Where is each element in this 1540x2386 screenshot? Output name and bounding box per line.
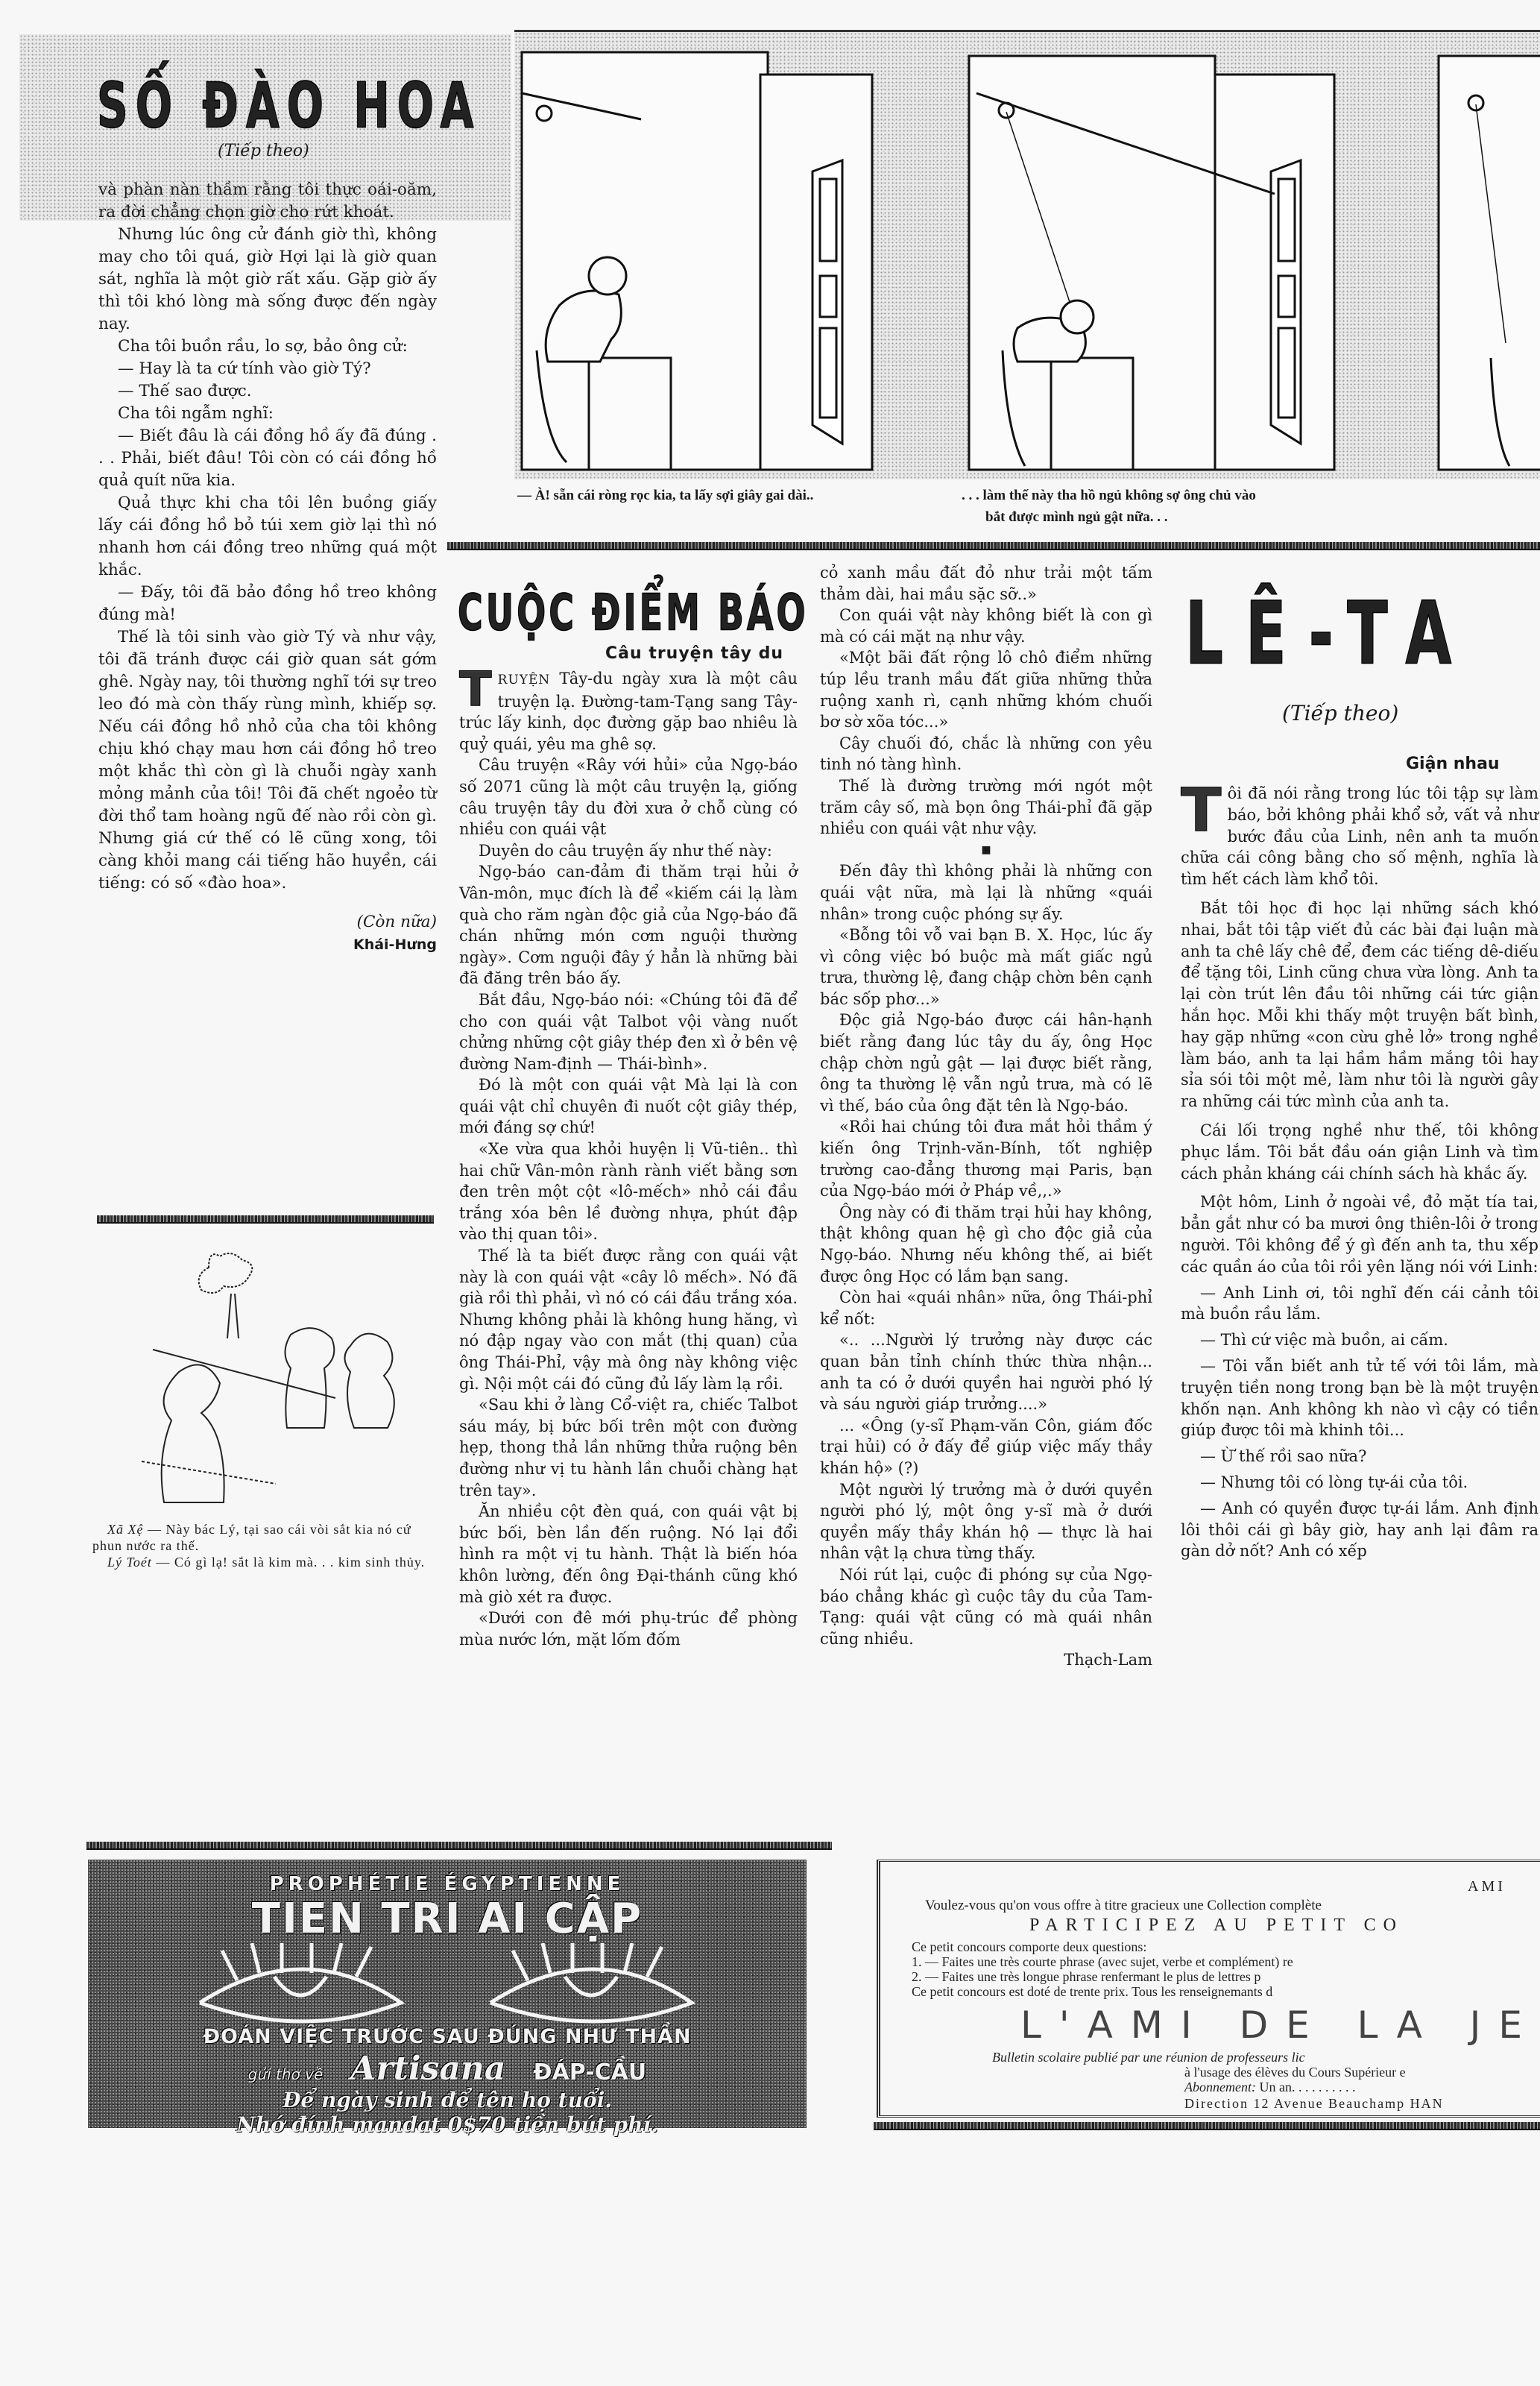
article-paragraph: Nói rút lại, cuộc đi phóng sự của Ngọ-bá…	[820, 1564, 1152, 1649]
ad-usage: à l'usage des élèves du Cours Supérieur …	[1184, 2065, 1406, 2080]
article-paragraph: ôi đã nói rằng trong lúc tôi tập sự làm …	[1181, 784, 1539, 888]
article-paragraph: «Xe vừa qua khỏi huyện lị Vũ-tiên.. thì …	[459, 1139, 798, 1245]
le-ta-title: LÊ-TA	[1185, 583, 1474, 684]
author-byline: Khái-Hưng	[98, 934, 437, 956]
section-divider	[86, 1842, 832, 1850]
cuoc-diem-bao-title: CUỘC ĐIỂM BÁO	[458, 583, 809, 641]
ad-question-1: 1. — Faites une très courte phrase (avec…	[912, 1954, 1293, 1970]
ad-location: ĐÁP-CẦU	[533, 2059, 646, 2086]
le-ta-article: Tôi đã nói rằng trong lúc tôi tập sự làm…	[1181, 783, 1539, 1562]
article-paragraph: Còn hai «quái nhân» nữa, ông Thái-phỉ kể…	[820, 1287, 1152, 1329]
article-paragraph: cỏ xanh mầu đất đỏ như trải một tấm thảm…	[820, 562, 1152, 605]
article-paragraph: — Nhưng tôi có lòng tự-ái của tôi.	[1181, 1472, 1539, 1493]
article-paragraph: Thế là ta biết được rằng con quái vật nà…	[459, 1245, 798, 1394]
article-paragraph: Bắt đầu, Ngọ-báo nói: «Chúng tôi đã để c…	[459, 989, 798, 1074]
article-paragraph: Con quái vật này không biết là con gì mà…	[820, 605, 1152, 647]
article-paragraph: Một hôm, Linh ở ngoài về, đỏ mặt tía tai…	[1181, 1192, 1539, 1277]
article-paragraph: Ông này có đi thăm trại hủi hay không, t…	[820, 1202, 1152, 1287]
ad-line-doan-viec: ĐOÁN VIỆC TRƯỚC SAU ĐÚNG NHƯ THẦN	[88, 2025, 807, 2048]
section-divider	[874, 2122, 1540, 2130]
speaker-name: Lý Toét	[107, 1555, 152, 1570]
article-paragraph: Độc giả Ngọ-báo được cái hân-hạnh biết r…	[820, 1010, 1152, 1116]
ad-brand-artisana: Artisana	[350, 2050, 505, 2088]
article-paragraph: ... «Ông (y-sĩ Phạm-văn Côn, giám đốc tr…	[820, 1415, 1152, 1479]
lead-word: RUYỆN	[498, 673, 551, 687]
ad-line-tien-tri: TIEN TRI AI CẬP	[88, 1895, 807, 1943]
article-paragraph: Cây chuối đó, chắc là những con yêu tinh…	[820, 733, 1152, 775]
cartoon-caption-right-1: . . . làm thế này tha hồ ngủ không sợ ôn…	[962, 488, 1256, 504]
ad-abonnement: Abonnement: Un an. . . . . . . . . .	[1184, 2080, 1355, 2095]
article-paragraph: và phàn nàn thầm rằng tôi thực oái-oăm, …	[98, 179, 437, 224]
article-paragraph: «Rồi hai chúng tôi đưa mắt hỏi thầm ý ki…	[820, 1116, 1152, 1201]
article-paragraph: — Anh có quyền được tự-ái lắm. Anh định …	[1181, 1498, 1539, 1562]
ad-prizes: Ce petit concours est doté de trente pri…	[912, 1984, 1272, 2000]
dropcap-letter: T	[459, 670, 492, 710]
so-dao-hoa-title: SỐ ĐÀO HOA	[97, 69, 481, 142]
article-paragraph: — Tôi vẫn biết anh tử tế với tôi lắm, mà…	[1181, 1356, 1539, 1441]
article-paragraph: Câu truyện «Rây với hủi» của Ngọ-báo số …	[459, 755, 798, 840]
cuoc-diem-bao-subtitle: Câu truyện tây du	[605, 644, 783, 663]
ly-toet-cartoon-caption: Xã Xệ — Này bác Lý, tại sao cái vòi sắt …	[92, 1521, 435, 1570]
section-break-marker: ■	[820, 840, 1152, 861]
ad-abonnement-value: Un an. . . . . . . . . .	[1259, 2080, 1355, 2094]
ad-intro: Voulez-vous qu'on vous offre à titre gra…	[925, 1898, 1322, 1914]
article-paragraph: Duyên do câu truyện ấy như thế này:	[459, 840, 798, 862]
article-paragraph: — Hay là ta cứ tính vào giờ Tý?	[98, 358, 437, 380]
article-paragraph: Đến đây thì không phải là những con quái…	[820, 860, 1152, 925]
article-paragraph: Ăn nhiều cột đèn quá, con quái vật bị bứ…	[459, 1501, 798, 1608]
article-paragraph: Bắt tôi học đi học lại những sách khó nh…	[1181, 898, 1539, 1112]
ad-bulletin: Bulletin scolaire publié par une réunion…	[992, 2050, 1305, 2065]
article-paragraph: Thế là đường trường mới ngót một trăm câ…	[820, 775, 1152, 840]
article-paragraph: Cha tôi ngẫm nghĩ:	[98, 403, 437, 425]
ad-direction-address: Direction 12 Avenue Beauchamp HAN	[1184, 2096, 1444, 2112]
article-paragraph: — Anh Linh ơi, tôi nghĩ đến cái cảnh tôi…	[1181, 1282, 1539, 1326]
ad-participez-headline: PARTICIPEZ AU PETIT CO	[1029, 1916, 1404, 1936]
dialogue-text: — Có gì lạ! sắt là kim mà. . . kim sinh …	[156, 1555, 425, 1570]
tien-tri-ai-cap-advertisement: PROPHÉTIE ÉGYPTIENNE TIEN TRI AI CẬP ĐOÁ…	[88, 1860, 807, 2128]
section-divider	[447, 542, 1540, 550]
article-paragraph: «.. ...Người lý trưởng này được các quan…	[820, 1329, 1152, 1414]
article-paragraph: — Đấy, tôi đã bảo đồng hồ treo không đún…	[98, 582, 437, 626]
le-ta-section-heading: Giận nhau	[1406, 755, 1500, 773]
article-paragraph: Một người lý trưởng mà ở dưới quyền ngườ…	[820, 1479, 1152, 1564]
continued-note: (Còn nữa)	[98, 911, 437, 934]
so-dao-hoa-article: và phàn nàn thầm rằng tôi thực oái-oăm, …	[98, 179, 437, 956]
article-paragraph: — Ừ thế rồi sao nữa?	[1181, 1446, 1539, 1467]
speaker-name: Xã Xệ	[107, 1522, 143, 1537]
ad-corner-label: AMI	[1468, 1878, 1506, 1895]
ad-send-to: gửi thơ về	[248, 2065, 324, 2083]
article-paragraph: — Thì cứ việc mà buồn, ai cấm.	[1181, 1329, 1539, 1351]
sleeping-clerk-cartoon-illustration	[514, 30, 1540, 477]
section-divider	[97, 1215, 434, 1224]
article-paragraph: Quả thực khi cha tôi lên buồng giấy lấy …	[98, 492, 437, 582]
ad-question-intro: Ce petit concours comporte deux question…	[912, 1939, 1146, 1955]
le-ta-subtitle: (Tiếp theo)	[1282, 701, 1398, 725]
dropcap-letter: T	[1181, 784, 1222, 837]
cuoc-diem-bao-col2: cỏ xanh mầu đất đỏ như trải một tấm thảm…	[820, 562, 1152, 1671]
article-paragraph: «Bỗng tôi vỗ vai bạn B. X. Học, lúc ấy v…	[820, 925, 1152, 1010]
ad-line-prophetie: PROPHÉTIE ÉGYPTIENNE	[88, 1873, 807, 1895]
ad-line-birthdate: Để ngày sinh để tên họ tuổi.	[88, 2088, 807, 2112]
ad-masthead: L'AMI DE LA JE	[1020, 2003, 1540, 2047]
ly-toet-cartoon-illustration	[112, 1238, 440, 1514]
so-dao-hoa-subtitle: (Tiếp theo)	[218, 142, 309, 160]
article-paragraph: Ngọ-báo can-đảm đi thăm trại hủi ở Vân-m…	[459, 861, 798, 989]
cuoc-diem-bao-col1: TRUYỆN Tây-du ngày xưa là một câu truyện…	[459, 668, 798, 1650]
article-paragraph: Nhưng lúc ông cử đánh giờ thì, không may…	[98, 224, 437, 336]
article-paragraph: Cha tôi buồn rầu, lo sợ, bảo ông cử:	[98, 336, 437, 358]
article-paragraph: Đó là một con quái vật Mà lại là con quá…	[459, 1074, 798, 1139]
ad-abonnement-label: Abonnement:	[1184, 2080, 1256, 2094]
cartoon-caption-left: — À! sẵn cái ròng rọc kia, ta lấy sợi gi…	[517, 488, 813, 504]
author-byline: Thạch-Lam	[820, 1649, 1152, 1671]
egyptian-eyes-icon	[88, 1943, 807, 2025]
ami-de-la-jeunesse-advertisement: AMI Voulez-vous qu'on vous offre à titre…	[877, 1860, 1540, 2118]
article-paragraph: — Thế sao được.	[98, 380, 437, 403]
article-paragraph: Cái lối trọng nghề như thế, tôi không ph…	[1181, 1120, 1539, 1184]
article-paragraph: — Biết đâu là cái đồng hồ ấy đã đúng . .…	[98, 425, 437, 492]
ad-line-mandat: Nhớ đính mandat 0$70 tiền bút phí.	[88, 2112, 807, 2137]
cartoon-caption-right-2: bắt được mình ngủ gật nữa. . .	[985, 509, 1168, 526]
ad-line-contact: gửi thơ về Artisana ĐÁP-CẦU	[88, 2050, 807, 2088]
ad-question-2: 2. — Faites une très longue phrase renfe…	[912, 1969, 1260, 1985]
article-paragraph: «Dưới con đê mới phụ-trúc để phòng mùa n…	[459, 1608, 798, 1650]
article-paragraph: «Một bãi đất rộng lô chô điểm những túp …	[820, 647, 1152, 732]
article-paragraph: «Sau khi ở làng Cổ-việt ra, chiếc Talbot…	[459, 1394, 798, 1501]
article-paragraph: Thế là tôi sinh vào giờ Tý và như vậy, t…	[98, 626, 437, 895]
